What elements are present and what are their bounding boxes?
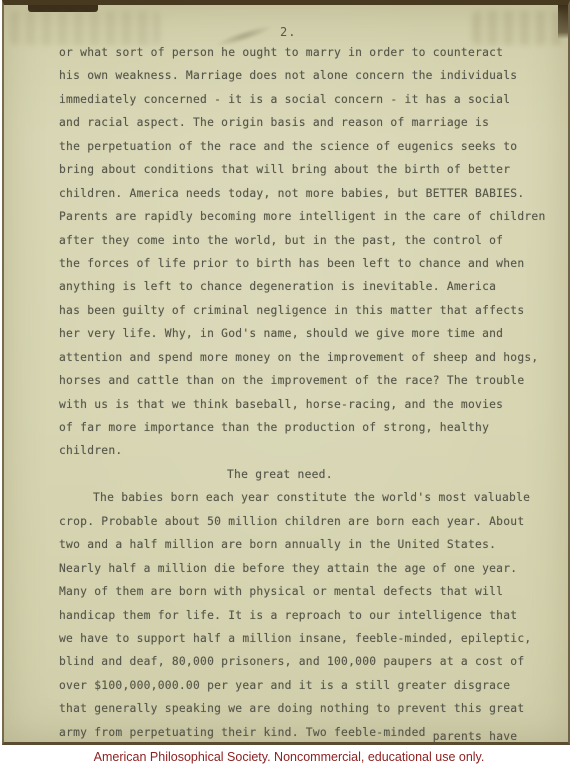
stamp-ghost-left <box>10 11 160 45</box>
text-line: bring about conditions that will bring a… <box>59 163 556 186</box>
text-line-content: the perpetuation of the race and the sci… <box>59 140 517 153</box>
text-line-content: bring about conditions that will bring a… <box>59 163 510 176</box>
text-line-content: Many of them are born with physical or m… <box>59 585 503 598</box>
text-line-content: and racial aspect. The origin basis and … <box>59 116 489 129</box>
text-line: two and a half million are born annually… <box>59 538 556 561</box>
text-line-content: attention and spend more money on the im… <box>59 351 539 364</box>
text-line-content: The babies born each year constitute the… <box>93 491 530 504</box>
text-line-content: or what sort of person he ought to marry… <box>59 46 503 59</box>
text-line-content: over $100,000,000.00 per year and it is … <box>59 679 510 692</box>
text-line-content: The great need. <box>227 468 333 481</box>
text-line-content: crop. Probable about 50 million children… <box>59 515 524 528</box>
text-line-content: of far more importance than the producti… <box>59 421 489 434</box>
text-line-content: has been guilty of criminal negligence i… <box>59 304 524 317</box>
text-line: or what sort of person he ought to marry… <box>59 46 556 69</box>
text-line: Nearly half a million die before they at… <box>59 562 556 585</box>
text-line-content: the forces of life prior to birth has be… <box>59 257 524 270</box>
text-line-content: handicap them for life. It is a reproach… <box>59 609 517 622</box>
text-line-content: immediately concerned - it is a social c… <box>59 93 510 106</box>
text-line: Many of them are born with physical or m… <box>59 585 556 608</box>
text-line: crop. Probable about 50 million children… <box>59 515 556 538</box>
text-line: Parents are rapidly becoming more intell… <box>59 210 556 233</box>
text-line: children. America needs today, not more … <box>59 187 556 210</box>
text-line-content: Parents are rapidly becoming more intell… <box>59 210 546 223</box>
text-line-content: her very life. Why, in God's name, shoul… <box>59 327 503 340</box>
text-line: horses and cattle than on the improvemen… <box>59 374 556 397</box>
page-number: 2. <box>280 25 296 39</box>
text-line-content: after they come into the world, but in t… <box>59 234 503 247</box>
text-line: and racial aspect. The origin basis and … <box>59 116 556 139</box>
text-line: his own weakness. Marriage does not alon… <box>59 69 556 92</box>
text-line: attention and spend more money on the im… <box>59 351 556 374</box>
text-line-content: anything is left to chance degeneration … <box>59 280 496 293</box>
text-line: anything is left to chance degeneration … <box>59 280 556 303</box>
text-line: after they come into the world, but in t… <box>59 234 556 257</box>
text-line-content: army from perpetuating their kind. Two f… <box>59 726 433 739</box>
archive-footer: American Philosophical Society. Noncomme… <box>0 745 578 772</box>
baseline-shifted-text: parents have <box>433 730 518 743</box>
text-line: over $100,000,000.00 per year and it is … <box>59 679 556 702</box>
text-line: immediately concerned - it is a social c… <box>59 93 556 116</box>
text-line-content: Nearly half a million die before they at… <box>59 562 517 575</box>
text-line-content: children. <box>59 444 122 457</box>
footer-caption: American Philosophical Society. Noncomme… <box>0 750 578 764</box>
text-line-content: horses and cattle than on the improvemen… <box>59 374 524 387</box>
text-line: that generally speaking we are doing not… <box>59 702 556 725</box>
text-line-content: children. America needs today, not more … <box>59 187 524 200</box>
text-line: blind and deaf, 80,000 prisoners, and 10… <box>59 655 556 678</box>
text-line-content: his own weakness. Marriage does not alon… <box>59 69 517 82</box>
text-line: The great need. <box>59 468 556 491</box>
text-line: has been guilty of criminal negligence i… <box>59 304 556 327</box>
scanned-page: 2. or what sort of person he ought to ma… <box>2 0 570 745</box>
stamp-ghost-right <box>472 11 564 45</box>
typewritten-text: or what sort of person he ought to marry… <box>59 46 556 749</box>
text-line-content: with us is that we think baseball, horse… <box>59 398 503 411</box>
text-line: her very life. Why, in God's name, shoul… <box>59 327 556 350</box>
text-line: children. <box>59 444 556 467</box>
text-line: with us is that we think baseball, horse… <box>59 398 556 421</box>
text-line-content: that generally speaking we are doing not… <box>59 702 524 715</box>
text-line: the perpetuation of the race and the sci… <box>59 140 556 163</box>
text-line-content: two and a half million are born annually… <box>59 538 496 551</box>
text-line: of far more importance than the producti… <box>59 421 556 444</box>
text-line-content: blind and deaf, 80,000 prisoners, and 10… <box>59 655 524 668</box>
text-line: handicap them for life. It is a reproach… <box>59 609 556 632</box>
text-line: the forces of life prior to birth has be… <box>59 257 556 280</box>
text-line: The babies born each year constitute the… <box>59 491 556 514</box>
text-line-content: we have to support half a million insane… <box>59 632 531 645</box>
text-line: we have to support half a million insane… <box>59 632 556 655</box>
